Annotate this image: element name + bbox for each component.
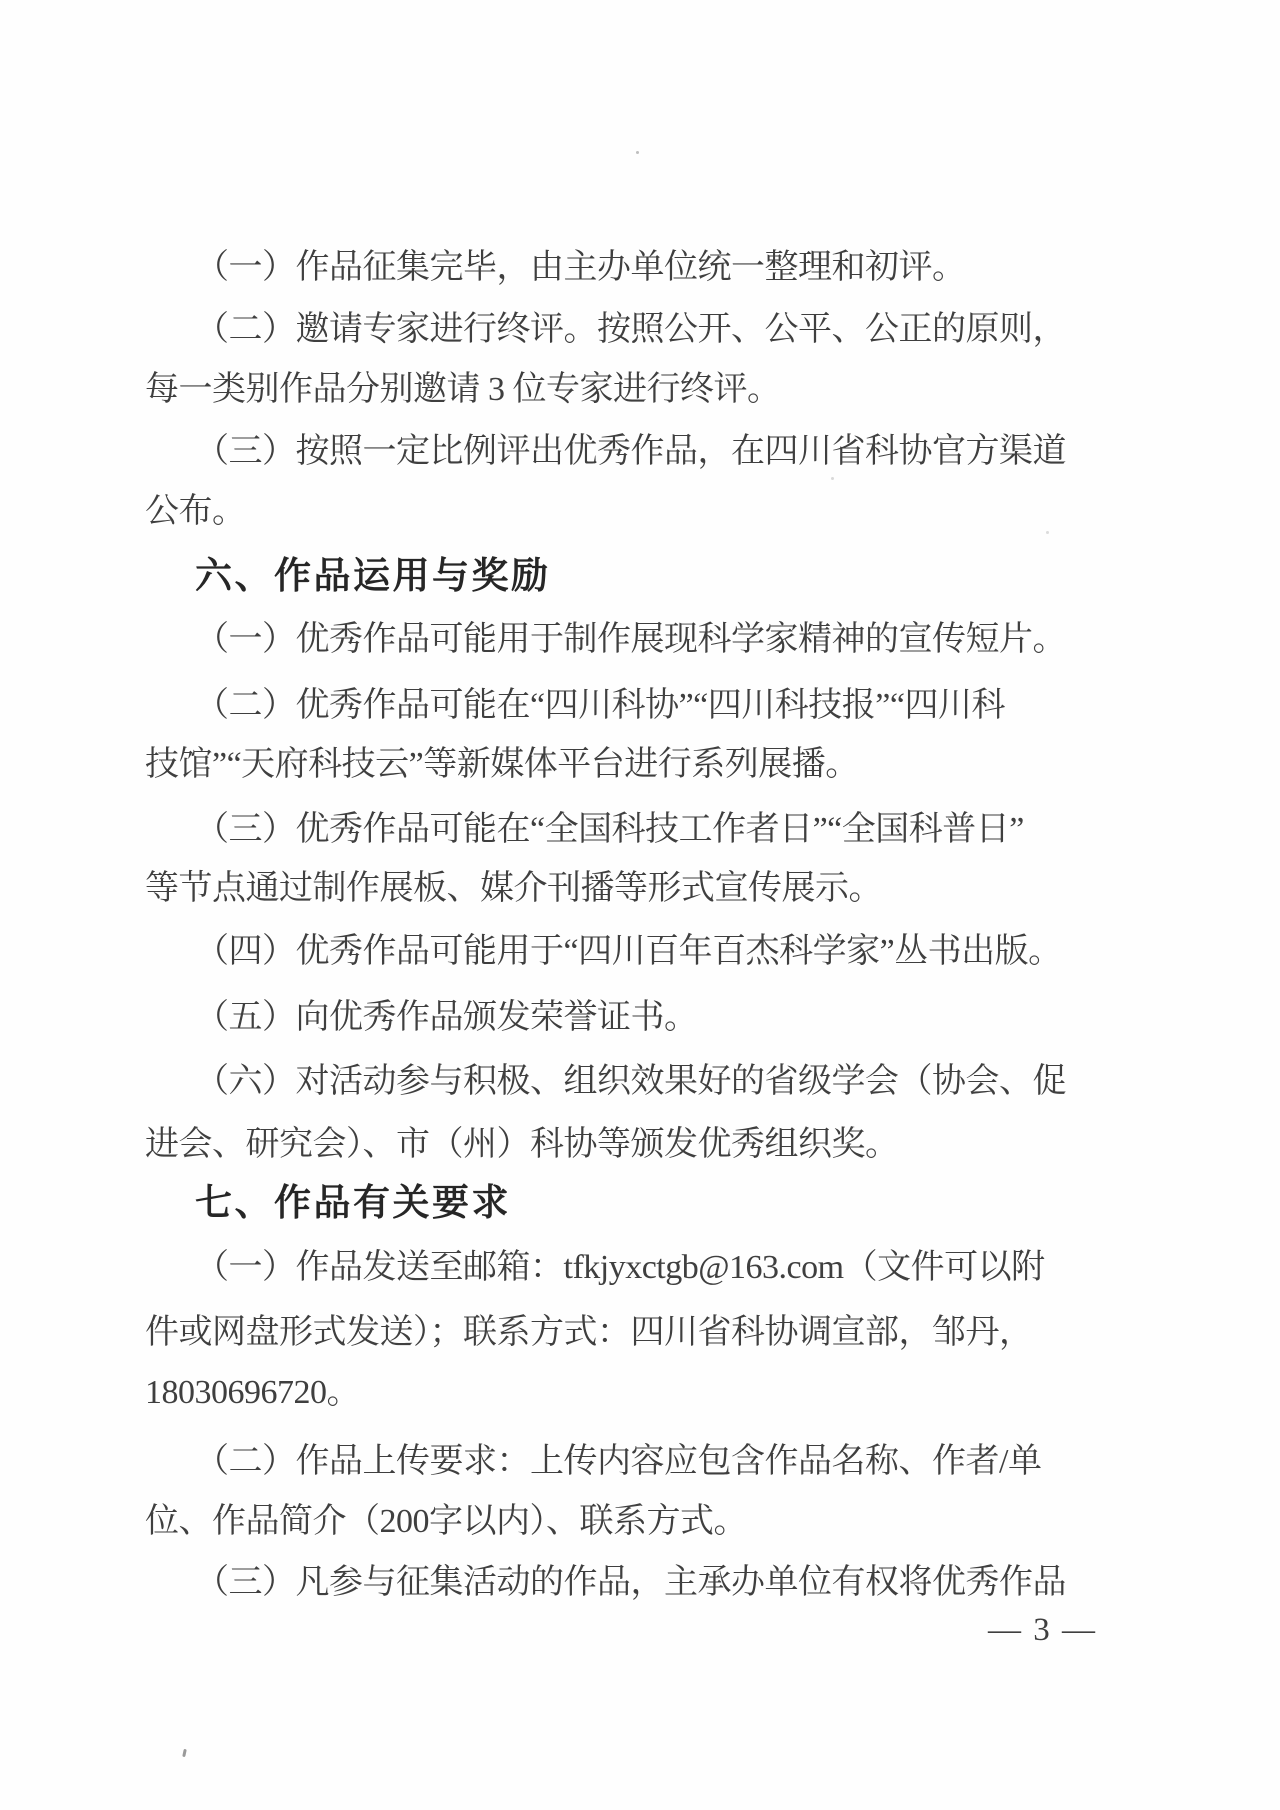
- document-line: 技馆”“天府科技云”等新媒体平台进行系列展播。: [145, 744, 859, 786]
- scanned-document-page: （一）作品征集完毕，由主办单位统一整理和初评。 （二）邀请专家进行终评。按照公开…: [0, 0, 1280, 1810]
- document-line: 等节点通过制作展板、媒介刊播等形式宣传展示。: [145, 868, 882, 910]
- document-line-email: （一）作品发送至邮箱：tfkjyxctgb@163.com（文件可以附: [145, 1247, 1045, 1289]
- page-number: — 3 —: [988, 1612, 1097, 1649]
- document-line: （二）作品上传要求：上传内容应包含作品名称、作者/单: [145, 1441, 1041, 1483]
- document-line-contact: 件或网盘形式发送）；联系方式：四川省科协调宣部，邹丹，: [145, 1312, 1033, 1354]
- scan-speck: [831, 477, 834, 480]
- scan-speck: [182, 1749, 187, 1757]
- heading-section-7: 七、作品有关要求: [145, 1182, 511, 1224]
- document-line: 公布。: [145, 491, 246, 533]
- document-line: （三）优秀作品可能在“全国科技工作者日”“全国科普日”: [145, 809, 1024, 851]
- document-line: （三）按照一定比例评出优秀作品，在四川省科协官方渠道: [145, 431, 1066, 473]
- document-line: （二）优秀作品可能在“四川科协”“四川科技报”“四川科: [145, 685, 1005, 727]
- document-line: （二）邀请专家进行终评。按照公开、公平、公正的原则，: [145, 309, 1066, 351]
- document-line: （四）优秀作品可能用于“四川百年百杰科学家”丛书出版。: [145, 931, 1062, 973]
- document-line: （一）作品征集完毕，由主办单位统一整理和初评。: [145, 247, 966, 289]
- scan-speck: [1046, 531, 1049, 534]
- document-line: 进会、研究会）、市（州）科协等颁发优秀组织奖。: [145, 1124, 899, 1166]
- document-line: 每一类别作品分别邀请 3 位专家进行终评。: [145, 369, 781, 411]
- document-line: 位、作品简介（200字以内）、联系方式。: [145, 1501, 747, 1543]
- scan-speck: [636, 151, 639, 154]
- document-line: （三）凡参与征集活动的作品，主承办单位有权将优秀作品: [145, 1562, 1066, 1604]
- document-line-phone: 18030696720。: [145, 1372, 360, 1414]
- document-line: （一）优秀作品可能用于制作展现科学家精神的宣传短片。: [145, 619, 1066, 661]
- document-line: （六）对活动参与积极、组织效果好的省级学会（协会、促: [145, 1061, 1066, 1103]
- heading-section-6: 六、作品运用与奖励: [145, 555, 551, 597]
- document-line: （五）向优秀作品颁发荣誉证书。: [145, 997, 698, 1039]
